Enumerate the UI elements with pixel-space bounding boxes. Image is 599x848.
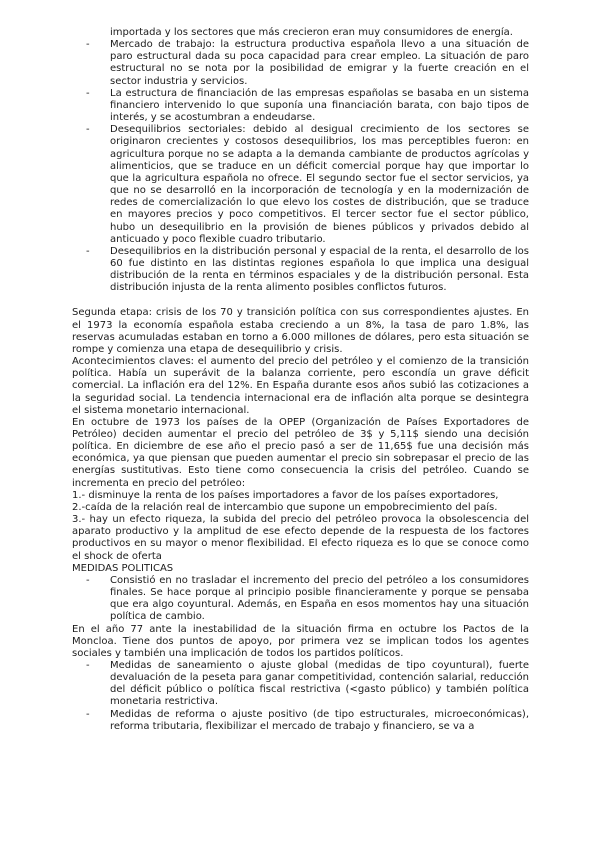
bullet-item: Mercado de trabajo: la estructura produc… — [72, 39, 529, 88]
document-body: importada y los sectores que más crecier… — [72, 27, 529, 733]
list-continuation: importada y los sectores que más crecier… — [72, 27, 529, 39]
paragraph: En octubre de 1973 los países de la OPEP… — [72, 417, 529, 490]
bullet-item: Desequilibrios sectoriales: debido al de… — [72, 124, 529, 246]
section-heading: MEDIDAS POLITICAS — [72, 563, 529, 575]
paragraph: En el año 77 ante la inestabilidad de la… — [72, 624, 529, 660]
paragraph: 1.- disminuye la renta de los países imp… — [72, 490, 529, 502]
bullet-item: Medidas de saneamiento o ajuste global (… — [72, 660, 529, 709]
bullet-item: Desequilibrios en la distribución person… — [72, 246, 529, 295]
paragraph: Segunda etapa: crisis de los 70 y transi… — [72, 307, 529, 356]
paragraph: Acontecimientos claves: el aumento del p… — [72, 356, 529, 417]
paragraph: 3.- hay un efecto riqueza, la subida del… — [72, 514, 529, 563]
bullet-item: Consistió en no trasladar el incremento … — [72, 575, 529, 624]
document-page: importada y los sectores que más crecier… — [0, 0, 599, 848]
bullet-item: Medidas de reforma o ajuste positivo (de… — [72, 709, 529, 733]
paragraph: 2.-caída de la relación real de intercam… — [72, 502, 529, 514]
bullet-item: La estructura de financiación de las emp… — [72, 88, 529, 124]
